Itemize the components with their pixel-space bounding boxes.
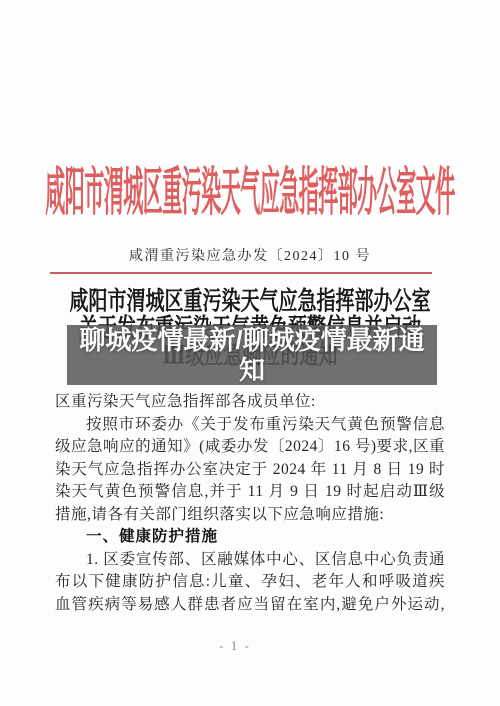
seo-overlay-banner: 聊城疫情最新/聊城疫情最新通 知 (67, 325, 437, 385)
document-number: 咸渭重污染应急办发〔2024〕10 号 (0, 245, 500, 265)
body-line: 染天气黄色预警信息,并于 11 月 9 日 19 时起启动Ⅲ级应急响应 (55, 481, 445, 504)
body-line: 染天气应急指挥办公室决定于 2024 年 11 月 8 日 19 时发布重污 (55, 459, 445, 482)
letterhead-red-title: 咸阳市渭城区重污染天气应急指挥部办公室文件 (0, 150, 500, 212)
body-line: 级应急响应的通知》(咸委办发〔2024〕16 号)要求,区重污 (55, 436, 445, 459)
overlay-banner-text-line-2: 知 (239, 355, 265, 385)
document-body: 区重污染天气应急指挥部各成员单位: 按照市环委办《关于发布重污染天气黄色预警信息… (55, 391, 445, 616)
letterhead-red-title-text: 咸阳市渭城区重污染天气应急指挥部办公室文件 (45, 150, 455, 225)
body-line: 按照市环委办《关于发布重污染天气黄色预警信息并启动Ⅲ (55, 414, 445, 437)
body-line: 措施,请各有关部门组织落实以下应急响应措施: (55, 504, 445, 527)
body-line: 布以下健康防护信息:儿童、孕妇、老年人和呼吸道疾病、心脑 (55, 571, 445, 594)
page-number: - 1 - (0, 638, 470, 654)
body-line-salutation: 区重污染天气应急指挥部各成员单位: (55, 391, 445, 414)
body-line: 血管疾病等易感人群患者应当留在室内,避免户外运动,尽量减 (55, 594, 445, 617)
overlay-banner-text-line-1: 聊城疫情最新/聊城疫情最新通 (79, 325, 424, 355)
body-line: 1. 区委宣传部、区融媒体中心、区信息中心负责通过媒体发 (55, 549, 445, 572)
scanned-official-document: 咸阳市渭城区重污染天气应急指挥部办公室文件 咸渭重污染应急办发〔2024〕10 … (0, 0, 500, 706)
red-divider-rule (50, 272, 432, 274)
body-section-heading: 一、健康防护措施 (55, 526, 445, 549)
